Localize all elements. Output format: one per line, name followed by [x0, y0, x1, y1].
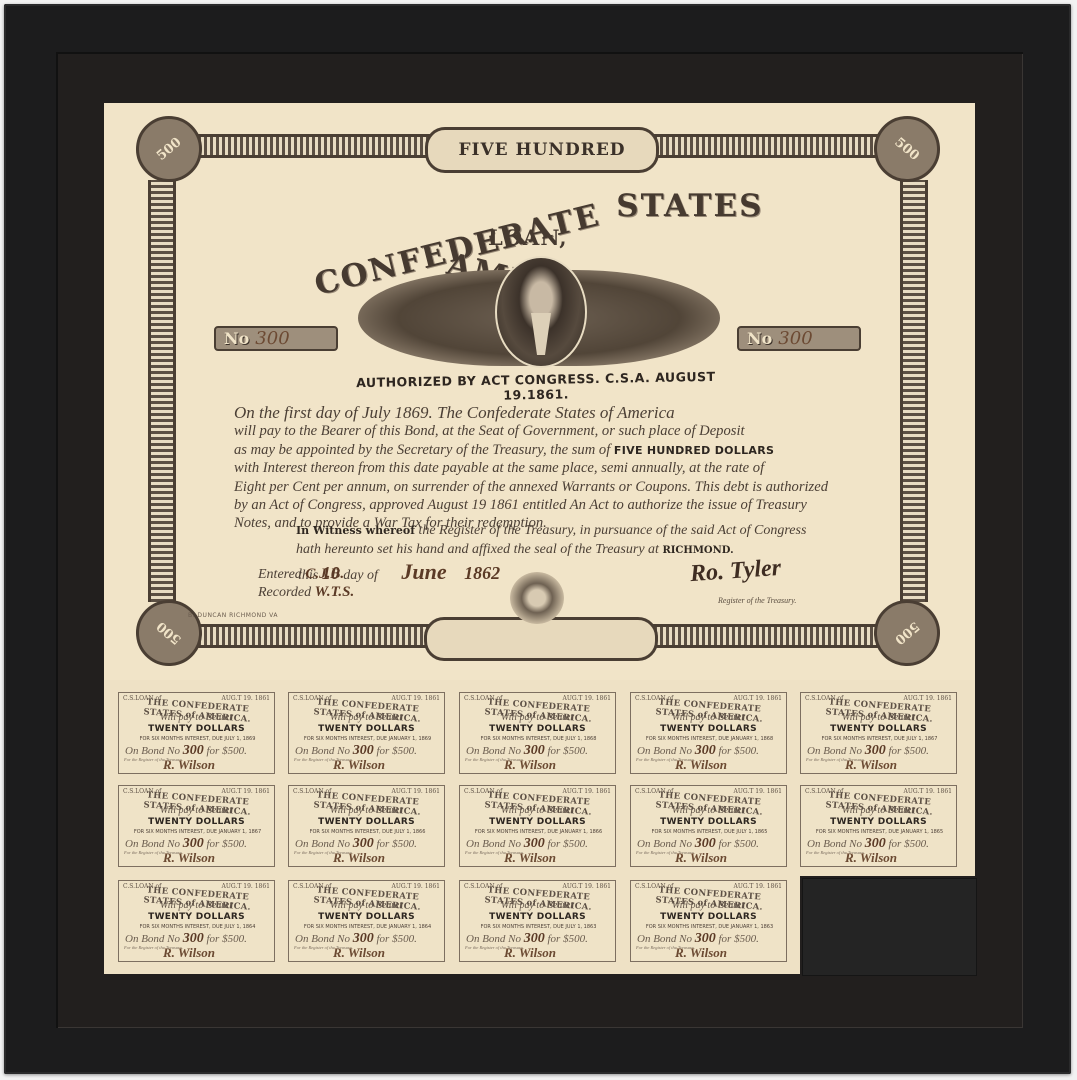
interest-coupon: C.S.LOAN of AUG.T 19. 1861 THE CONFEDERA… — [800, 692, 957, 774]
bond-body-text: On the first day of July 1869. The Confe… — [234, 404, 844, 533]
interest-coupon: C.S.LOAN of AUG.T 19. 1861 THE CONFEDERA… — [630, 692, 787, 774]
coupon-due-date: FOR SIX MONTHS INTEREST, DUE JULY 1, 186… — [123, 924, 272, 930]
register-caption: Register of the Treasury. — [718, 596, 796, 605]
issue-year: 1862 — [464, 563, 500, 583]
loan-heading: LOAN, — [488, 225, 568, 250]
interest-coupon: C.S.LOAN of AUG.T 19. 1861 THE CONFEDERA… — [288, 880, 445, 962]
issue-month: June — [401, 559, 446, 584]
coupon-due-date: FOR SIX MONTHS INTEREST, DUE JANUARY 1, … — [805, 829, 954, 835]
child-portrait-vignette — [510, 572, 564, 624]
entry-record: Entered C.J.B. Recorded W.T.S. — [258, 566, 354, 602]
interest-coupon: C.S.LOAN of AUG.T 19. 1861 THE CONFEDERA… — [630, 880, 787, 962]
interest-coupon: C.S.LOAN of AUG.T 19. 1861 THE CONFEDERA… — [459, 692, 616, 774]
coupon-signature: R. Wilson — [333, 757, 385, 773]
denomination-scroll: FIVE HUNDRED — [425, 127, 659, 173]
portrait-engraving — [495, 256, 587, 368]
coupon-due-date: FOR SIX MONTHS INTEREST, DUE JULY 1, 186… — [123, 736, 272, 742]
engraver-imprint: B. DUNCAN RICHMOND VA — [188, 612, 278, 619]
coupon-signature: R. Wilson — [504, 850, 556, 866]
coupon-signature: R. Wilson — [504, 757, 556, 773]
coupon-signature: R. Wilson — [675, 850, 727, 866]
interest-coupon: C.S.LOAN of AUG.T 19. 1861 THE CONFEDERA… — [630, 785, 787, 867]
interest-coupon: C.S.LOAN of AUG.T 19. 1861 THE CONFEDERA… — [800, 785, 957, 867]
coupon-signature: R. Wilson — [333, 850, 385, 866]
missing-coupon-space — [802, 878, 977, 976]
coupon-due-date: FOR SIX MONTHS INTEREST, DUE JANUARY 1, … — [293, 736, 442, 742]
coupon-signature: R. Wilson — [163, 850, 215, 866]
serial-number-right: No 300 — [737, 326, 861, 351]
interest-coupon: C.S.LOAN of AUG.T 19. 1861 THE CONFEDERA… — [118, 785, 275, 867]
interest-coupon: C.S.LOAN of AUG.T 19. 1861 THE CONFEDERA… — [118, 880, 275, 962]
coupon-signature: R. Wilson — [333, 945, 385, 961]
coupon-signature: R. Wilson — [845, 850, 897, 866]
interest-coupon: C.S.LOAN of AUG.T 19. 1861 THE CONFEDERA… — [288, 692, 445, 774]
interest-coupon: C.S.LOAN of AUG.T 19. 1861 THE CONFEDERA… — [118, 692, 275, 774]
coupon-due-date: FOR SIX MONTHS INTEREST, DUE JANUARY 1, … — [123, 829, 272, 835]
coupon-due-date: FOR SIX MONTHS INTEREST, DUE JULY 1, 186… — [464, 736, 613, 742]
coupon-signature: R. Wilson — [675, 757, 727, 773]
serial-number-left: No 300 — [214, 326, 338, 351]
coupon-signature: R. Wilson — [504, 945, 556, 961]
coupon-due-date: FOR SIX MONTHS INTEREST, DUE JANUARY 1, … — [293, 924, 442, 930]
bond-amount: FIVE HUNDRED DOLLARS — [614, 444, 774, 457]
coupon-due-date: FOR SIX MONTHS INTEREST, DUE JULY 1, 186… — [635, 829, 784, 835]
interest-coupon: C.S.LOAN of AUG.T 19. 1861 THE CONFEDERA… — [459, 880, 616, 962]
coupon-due-date: FOR SIX MONTHS INTEREST, DUE JANUARY 1, … — [635, 924, 784, 930]
interest-coupon: C.S.LOAN of AUG.T 19. 1861 THE CONFEDERA… — [288, 785, 445, 867]
coupon-due-date: FOR SIX MONTHS INTEREST, DUE JANUARY 1, … — [464, 829, 613, 835]
coupon-signature: R. Wilson — [675, 945, 727, 961]
coupon-signature: R. Wilson — [845, 757, 897, 773]
coupon-due-date: FOR SIX MONTHS INTEREST, DUE JULY 1, 186… — [293, 829, 442, 835]
coupon-due-date: FOR SIX MONTHS INTEREST, DUE JULY 1, 186… — [464, 924, 613, 930]
coupon-signature: R. Wilson — [163, 945, 215, 961]
coupon-signature: R. Wilson — [163, 757, 215, 773]
coupon-due-date: FOR SIX MONTHS INTEREST, DUE JANUARY 1, … — [635, 736, 784, 742]
coupon-due-date: FOR SIX MONTHS INTEREST, DUE JULY 1, 186… — [805, 736, 954, 742]
interest-coupon: C.S.LOAN of AUG.T 19. 1861 THE CONFEDERA… — [459, 785, 616, 867]
